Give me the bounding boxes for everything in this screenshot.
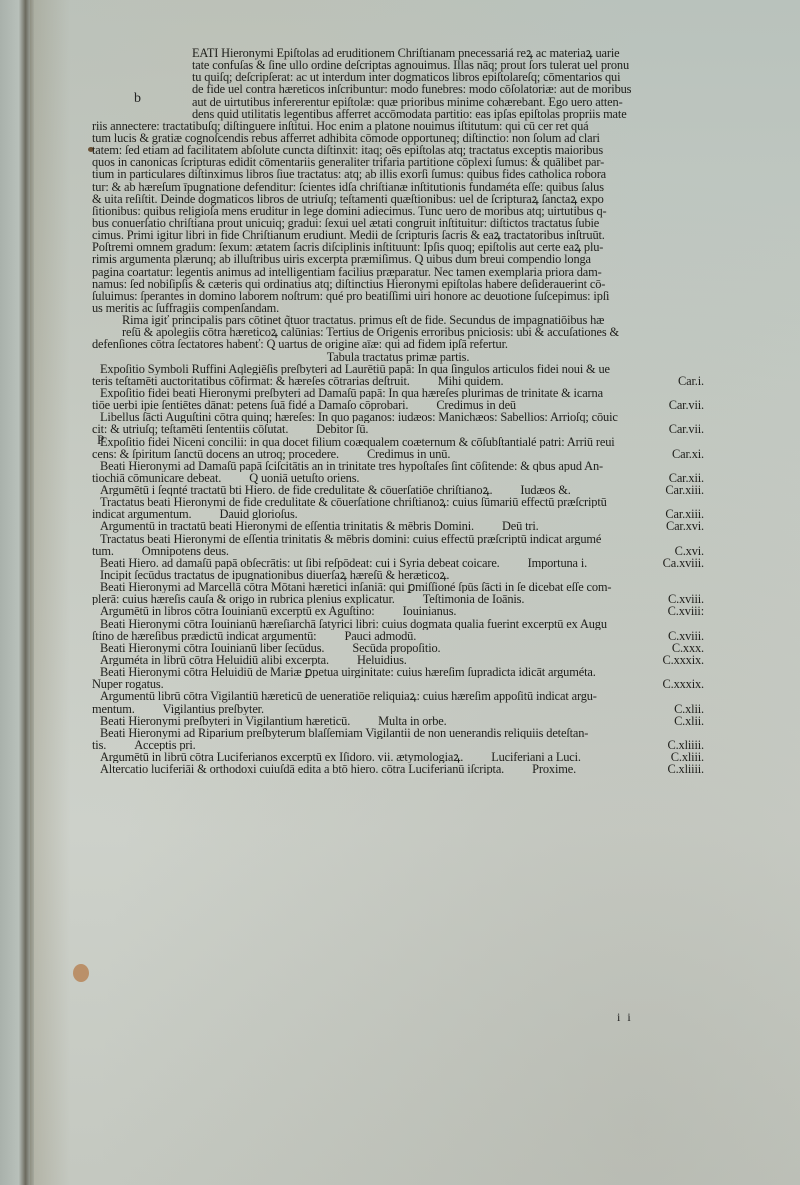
toc-entry-line: Argumētū i ſeqnté tractatū bti Hiero. de… <box>92 484 704 496</box>
entry-title: tis. <box>92 739 106 751</box>
toc-entry: Argumentū librū cōtra Vigilantiū hæretic… <box>92 690 704 714</box>
toc-entry-text: Beati Hieronymi cōtra Iouinianū liber ſe… <box>92 642 666 654</box>
toc-entry-line: Altercatio luciferiāi & orthodoxi cuiuſd… <box>92 763 704 775</box>
toc-entry-line: Incipit ſecūdus tractatus de ipugnationi… <box>92 569 704 581</box>
entry-title: Argumentū librū cōtra Vigilantiū hæretic… <box>100 690 597 702</box>
entry-incipit: Importuna i. <box>528 557 587 569</box>
gutter-stain <box>30 0 70 1185</box>
folio-reference: C.xlii. <box>674 703 704 715</box>
toc-entry: Libellus ſācti Auguſtini cōtra quinq; hæ… <box>92 411 704 435</box>
folio-reference: C.xxxix. <box>663 678 704 690</box>
entry-title: Tractatus beati Hieronymi de eſſentia tr… <box>100 533 601 545</box>
entry-incipit: Credimus in unū. <box>367 448 450 460</box>
toc-entry: Beati Hieronymi ad Damaſū papā ſciſcitāt… <box>92 460 704 484</box>
toc-entry-line: Beati Hieronymi preſbyteri in Vigilantiu… <box>92 715 704 727</box>
toc-entry-text: Beati Hieronymi preſbyteri in Vigilantiu… <box>92 715 668 727</box>
entry-incipit: Proxime. <box>532 763 576 775</box>
toc-entry-line: tum.Omnipotens deus.C.xvi. <box>92 545 704 557</box>
toc-entry: Beati Hieronymi preſbyteri in Vigilantiu… <box>92 715 704 727</box>
folio-reference: Car.vii. <box>669 399 704 411</box>
entry-title: teris teſtamēti auctoritatibus cōfirmat:… <box>92 375 410 387</box>
entry-incipit: Luciferiani a Luci. <box>491 751 581 763</box>
toc-entry-line: tiochiā cōmunicare debeat.Q uoniā uetuſt… <box>92 472 704 484</box>
toc-entry-text: teris teſtamēti auctoritatibus cōfirmat:… <box>92 375 672 387</box>
toc-entry-text: Expoſitio Symboli Ruffini Aqlegiēſis pre… <box>92 363 704 375</box>
preface-line: pagina coartatur: legentis animus ad int… <box>92 266 704 278</box>
entry-incipit: Vigilantius preſbyter. <box>163 703 264 715</box>
preface-line: tium in particulares diſtinximus libros … <box>92 168 704 180</box>
toc-entry-line: Argumētū in librū cōtra Luciferianos exc… <box>92 751 704 763</box>
entry-incipit: Omnipotens deus. <box>142 545 229 557</box>
toc-entry-text: Argumentū in tractatū beati Hieronymi de… <box>92 520 660 532</box>
page-text: EATI Hieronymi Epiſtolas ad eruditionem … <box>92 47 704 775</box>
toc-entry-text: plerā: cuius hæreſis cauſa & origo in ru… <box>92 593 662 605</box>
folio-reference: C.xliiii. <box>667 763 704 775</box>
preface: EATI Hieronymi Epiſtolas ad eruditionem … <box>92 47 704 314</box>
toc-entry-text: Arguméta in librū cōtra Heluidiū alibi e… <box>92 654 657 666</box>
preface-line: & uita reſiſtit. Deinde dogmaticos libro… <box>92 193 704 205</box>
entry-title: Nuper rogatus. <box>92 678 164 690</box>
toc-entry-text: cit: & utriuſq; teſtamēti ſententiis cōſ… <box>92 423 663 435</box>
toc-entry-line: Beati Hieronymi ad Damaſū papā ſciſcitāt… <box>92 460 704 472</box>
toc-entry-line: Arguméta in librū cōtra Heluidiū alibi e… <box>92 654 704 666</box>
toc-entry: Incipit ſecūdus tractatus de ipugnationi… <box>92 569 704 581</box>
toc-entry-text: Incipit ſecūdus tractatus de ipugnationi… <box>92 569 704 581</box>
entry-incipit: Dauid glorioſus. <box>219 508 297 520</box>
toc-entry: Tractatus beati Hieronymi de eſſentia tr… <box>92 533 704 557</box>
toc-entry: Beati Hieronymi ad Riparium preſbyterum … <box>92 727 704 751</box>
toc-entry-text: Altercatio luciferiāi & orthodoxi cuiuſd… <box>92 763 661 775</box>
part-intro-line: defenſiones cōtra ſectatores habenť: Q u… <box>92 338 704 350</box>
toc-entry-text: Beati Hieronymi ad Riparium preſbyterum … <box>92 727 704 739</box>
toc-entry-line: Expoſitio fidei Niceni concilii: in qua … <box>92 436 704 448</box>
entry-title: Beati Hieronymi cōtra Iouinianū hæreſiar… <box>100 618 607 630</box>
toc-entry: Expoſitio fidei Niceni concilii: in qua … <box>92 436 704 460</box>
toc-entry: Argumentū in tractatū beati Hieronymi de… <box>92 520 704 532</box>
folio-reference: Car.i. <box>678 375 704 387</box>
toc-entry: Beati Hieronymi cōtra Heluidiū de Mariæ … <box>92 666 704 690</box>
toc-entry-line: mentum.Vigilantius preſbyter.C.xlii. <box>92 703 704 715</box>
toc-entry-line: ſtino de hæreſibus prædictū indicat argu… <box>92 630 704 642</box>
toc-entry-line: cens: & ſpiritum ſanctū docens an utroq;… <box>92 448 704 460</box>
entry-incipit: Heluidius. <box>357 654 407 666</box>
preface-line: de fide uel contra hæreticos inſcribuntu… <box>92 83 704 95</box>
entry-title: Argumētū in libros cōtra Iouinianū excer… <box>100 605 375 617</box>
table-title: Tabula tractatus primæ partis. <box>92 351 704 363</box>
entry-incipit: Debitor ſū. <box>316 423 368 435</box>
folio-reference: C.xxxix. <box>663 654 704 666</box>
toc-entry-text: tum.Omnipotens deus. <box>92 545 669 557</box>
entry-title: Tractatus beati Hieronymi de fide credul… <box>100 496 607 508</box>
folio-reference: Car.vii. <box>669 423 704 435</box>
toc-entry-text: Argumentū librū cōtra Vigilantiū hæretic… <box>92 690 704 702</box>
folio-reference: C.xlii. <box>674 715 704 727</box>
toc-entry-text: tis.Acceptis pri. <box>92 739 661 751</box>
toc-entry-line: Expoſitio fidei beati Hieronymi preſbyte… <box>92 387 704 399</box>
toc-entry-line: Tractatus beati Hieronymi de eſſentia tr… <box>92 533 704 545</box>
entry-incipit: Pauci admodū. <box>344 630 416 642</box>
toc-entry: Tractatus beati Hieronymi de fide credul… <box>92 496 704 520</box>
toc-entry: Argumētū in librū cōtra Luciferianos exc… <box>92 751 704 763</box>
toc-entry-line: Argumentū librū cōtra Vigilantiū hæretic… <box>92 690 704 702</box>
entry-incipit: Iouinianus. <box>403 605 457 617</box>
entry-title: tiōe uerbi ipie ſentiētes dānat: petens … <box>92 399 408 411</box>
toc-entry-line: Beati Hieronymi ad Riparium preſbyterum … <box>92 727 704 739</box>
signature-mark: i i <box>617 1010 633 1025</box>
toc-entry-line: Beati Hiero. ad damaſū papā obſecrātis: … <box>92 557 704 569</box>
entry-title: Expoſitio Symboli Ruffini Aqlegiēſis pre… <box>100 363 610 375</box>
folio-reference: Car.xiii. <box>665 484 704 496</box>
toc-entry-line: Beati Hieronymi cōtra Iouinianū liber ſe… <box>92 642 704 654</box>
entry-incipit: Teſtimonia de Ioānis. <box>423 593 525 605</box>
toc-entry-text: Argumētū i ſeqnté tractatū bti Hiero. de… <box>92 484 659 496</box>
toc-entry-text: tiochiā cōmunicare debeat.Q uoniā uetuſt… <box>92 472 663 484</box>
entry-title: cens: & ſpiritum ſanctū docens an utroq;… <box>92 448 339 460</box>
entry-title: Beati Hieronymi cōtra Iouinianū liber ſe… <box>100 642 324 654</box>
toc-entry-line: indicat argumentum.Dauid glorioſus.Car.x… <box>92 508 704 520</box>
entry-title: Incipit ſecūdus tractatus de ipugnationi… <box>100 569 449 581</box>
toc-entry-line: Nuper rogatus.C.xxxix. <box>92 678 704 690</box>
toc-entry-text: mentum.Vigilantius preſbyter. <box>92 703 668 715</box>
toc-entry-line: Libellus ſācti Auguſtini cōtra quinq; hæ… <box>92 411 704 423</box>
toc-entry: Arguméta in librū cōtra Heluidiū alibi e… <box>92 654 704 666</box>
folio-reference: Ca.xviii. <box>663 557 704 569</box>
toc-entry-text: Nuper rogatus. <box>92 678 657 690</box>
entry-title: Expoſitio fidei beati Hieronymi preſbyte… <box>100 387 603 399</box>
toc-entry: Argumētū in libros cōtra Iouinianū excer… <box>92 605 704 617</box>
entry-title: Beati Hieronymi ad Marcellā cōtra Mōtani… <box>100 581 611 593</box>
toc-entry-line: tis.Acceptis pri.C.xliiii. <box>92 739 704 751</box>
toc-entry-text: Beati Hieronymi ad Marcellā cōtra Mōtani… <box>92 581 704 593</box>
entry-title: Arguméta in librū cōtra Heluidiū alibi e… <box>100 654 329 666</box>
entry-title: mentum. <box>92 703 135 715</box>
toc-entry-line: Argumētū in libros cōtra Iouinianū excer… <box>92 605 704 617</box>
entry-incipit: Secūda propoſitio. <box>352 642 440 654</box>
toc-entry-text: Libellus ſācti Auguſtini cōtra quinq; hæ… <box>92 411 704 423</box>
entry-incipit: Credimus in deū <box>436 399 516 411</box>
toc-entry-text: Expoſitio fidei Niceni concilii: in qua … <box>92 436 704 448</box>
entry-title: Altercatio luciferiāi & orthodoxi cuiuſd… <box>100 763 504 775</box>
toc-entry-line: Expoſitio Symboli Ruffini Aqlegiēſis pre… <box>92 363 704 375</box>
entry-title: tum. <box>92 545 114 557</box>
entry-title: Argumētū i ſeqnté tractatū bti Hiero. de… <box>100 484 492 496</box>
toc-entry-line: cit: & utriuſq; teſtamēti ſententiis cōſ… <box>92 423 704 435</box>
entry-title: Beati Hiero. ad damaſū papā obſecrātis: … <box>100 557 500 569</box>
entry-title: cit: & utriuſq; teſtamēti ſententiis cōſ… <box>92 423 288 435</box>
entry-incipit: Multa in orbe. <box>378 715 446 727</box>
toc-entry: Beati Hieronymi ad Marcellā cōtra Mōtani… <box>92 581 704 605</box>
preface-line: tur: & ab hæreſum īpugnatione defenditur… <box>92 181 704 193</box>
toc-entry: Expoſitio Symboli Ruffini Aqlegiēſis pre… <box>92 363 704 387</box>
toc-entry-text: indicat argumentum.Dauid glorioſus. <box>92 508 659 520</box>
toc-entry-line: Argumentū in tractatū beati Hieronymi de… <box>92 520 704 532</box>
preface-line: namus: ſed nobiſipſis & cæteris qui ordi… <box>92 278 704 290</box>
binding-gutter <box>0 0 34 1185</box>
entry-title: Libellus ſācti Auguſtini cōtra quinq; hæ… <box>100 411 618 423</box>
toc-entry-text: Beati Hieronymi cōtra Heluidiū de Mariæ … <box>92 666 704 678</box>
wax-stain <box>73 964 89 982</box>
entry-title: ſtino de hæreſibus prædictū indicat argu… <box>92 630 316 642</box>
toc-entry-line: Beati Hieronymi ad Marcellā cōtra Mōtani… <box>92 581 704 593</box>
entry-title: Beati Hieronymi ad Damaſū papā ſciſcitāt… <box>100 460 603 472</box>
toc-entry-text: ſtino de hæreſibus prædictū indicat argu… <box>92 630 662 642</box>
toc-entry-line: tiōe uerbi ipie ſentiētes dānat: petens … <box>92 399 704 411</box>
toc-entry-line: Beati Hieronymi cōtra Heluidiū de Mariæ … <box>92 666 704 678</box>
entry-title: plerā: cuius hæreſis cauſa & origo in ru… <box>92 593 395 605</box>
part-intro: Rima igiť principalis pars cōtinet q̃tuo… <box>92 314 704 350</box>
entry-title: Beati Hieronymi cōtra Heluidiū de Mariæ … <box>100 666 596 678</box>
toc-entry: Beati Hieronymi cōtra Iouinianū hæreſiar… <box>92 618 704 642</box>
toc-entry: Beati Hiero. ad damaſū papā obſecrātis: … <box>92 557 704 569</box>
toc-entry-text: Tractatus beati Hieronymi de fide credul… <box>92 496 704 508</box>
toc-entry: Altercatio luciferiāi & orthodoxi cuiuſd… <box>92 763 704 775</box>
toc-entry-text: Argumētū in libros cōtra Iouinianū excer… <box>92 605 662 617</box>
entry-title: Beati Hieronymi ad Riparium preſbyterum … <box>100 727 588 739</box>
toc-entry-text: Beati Hieronymi ad Damaſū papā ſciſcitāt… <box>92 460 704 472</box>
book-page: b P EATI Hieronymi Epiſtolas ad eruditio… <box>0 0 800 1185</box>
toc-entry-text: Expoſitio fidei beati Hieronymi preſbyte… <box>92 387 704 399</box>
entry-title: tiochiā cōmunicare debeat. <box>92 472 221 484</box>
entry-title: Beati Hieronymi preſbyteri in Vigilantiu… <box>100 715 350 727</box>
folio-reference: C.xviii: <box>668 605 704 617</box>
folio-reference: Car.xvi. <box>666 520 704 532</box>
toc-entry-text: Beati Hieronymi cōtra Iouinianū hæreſiar… <box>92 618 704 630</box>
toc-entry-line: Tractatus beati Hieronymi de fide credul… <box>92 496 704 508</box>
toc-entry: Beati Hieronymi cōtra Iouinianū liber ſe… <box>92 642 704 654</box>
toc-entry-text: Argumētū in librū cōtra Luciferianos exc… <box>92 751 665 763</box>
toc-entry-text: cens: & ſpiritum ſanctū docens an utroq;… <box>92 448 666 460</box>
toc-entry-line: plerā: cuius hæreſis cauſa & origo in ru… <box>92 593 704 605</box>
entry-title: Argumētū in librū cōtra Luciferianos exc… <box>100 751 463 763</box>
entry-incipit: Acceptis pri. <box>134 739 195 751</box>
contents-table: Expoſitio Symboli Ruffini Aqlegiēſis pre… <box>92 363 704 776</box>
toc-entry-text: tiōe uerbi ipie ſentiētes dānat: petens … <box>92 399 663 411</box>
entry-title: Expoſitio fidei Niceni concilii: in qua … <box>100 436 615 448</box>
toc-entry-line: Beati Hieronymi cōtra Iouinianū hæreſiar… <box>92 618 704 630</box>
entry-incipit: Q uoniā uetuſto oriens. <box>249 472 359 484</box>
preface-line: aut de uirtutibus infererentur epiſtolæ:… <box>92 96 704 108</box>
toc-entry: Expoſitio fidei beati Hieronymi preſbyte… <box>92 387 704 411</box>
folio-reference: Car.xi. <box>672 448 704 460</box>
entry-incipit: Mihi quidem. <box>438 375 504 387</box>
toc-entry-line: teris teſtamēti auctoritatibus cōfirmat:… <box>92 375 704 387</box>
entry-incipit: Iudæos &. <box>520 484 570 496</box>
preface-line: rimis argumenta plærunq; ab illuſtribus … <box>92 253 704 265</box>
entry-incipit: Deū tri. <box>502 520 539 532</box>
toc-entry-text: Beati Hiero. ad damaſū papā obſecrātis: … <box>92 557 657 569</box>
entry-title: indicat argumentum. <box>92 508 191 520</box>
toc-entry-text: Tractatus beati Hieronymi de eſſentia tr… <box>92 533 704 545</box>
entry-title: Argumentū in tractatū beati Hieronymi de… <box>100 520 474 532</box>
toc-entry: Argumētū i ſeqnté tractatū bti Hiero. de… <box>92 484 704 496</box>
